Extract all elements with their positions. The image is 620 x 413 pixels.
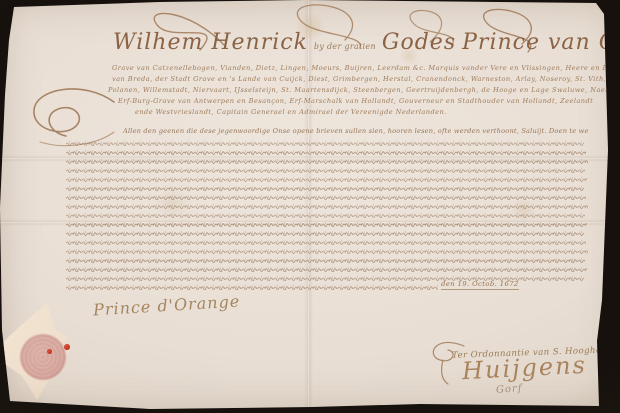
manuscript-text-line [66,140,584,146]
signature-prince-of-orange: Prince d'Orange [93,292,241,320]
photograph-backdrop: Wilhem Henrick by der gratien Godes Prin… [0,0,620,413]
titulature-line: van Breda, der Stadt Grave en 's Lande v… [112,75,620,83]
signature-secretary-huijgens: Huijgens [461,351,587,385]
charter-heading: Wilhem Henrick by der gratien Godes Prin… [113,30,565,55]
heading-princely-title: Prince van Orange ende Nassau. [462,30,620,55]
red-wax-dot [47,349,52,354]
heading-god-word: Godes [382,30,456,55]
manuscript-text-line [66,284,438,290]
manuscript-text-line [66,221,587,227]
manuscript-text-line [66,176,587,182]
manuscript-text-line [66,266,587,272]
seal-impression [20,334,66,380]
manuscript-text-line [66,212,585,218]
titulature-line: ende Westvrieslandt, Capitain Generael e… [135,108,447,116]
closing-date: den 19. Octob. 1672 [441,280,519,290]
manuscript-text-line [66,239,586,245]
parchment-sheet: Wilhem Henrick by der gratien Godes Prin… [0,0,620,413]
manuscript-text-line [66,203,588,209]
body-opening-line: Allen den geenen die dese jegenwoordige … [123,127,589,135]
titulature-line: Erf-Burg-Grave van Antwerpen en Besançon… [118,97,593,105]
papered-wax-seal [0,298,94,413]
manuscript-text-line [66,230,584,236]
manuscript-text-line [66,257,585,263]
heading-name: Wilhem Henrick [113,30,308,55]
manuscript-text-line [66,158,588,164]
registrar-mark: Gorf [496,383,523,396]
titulature-line: Polanen, Willemstadt, Niervaart, IJssels… [108,86,620,94]
heading-grace-phrase: by der gratien [314,42,376,51]
manuscript-text-line [66,149,586,155]
manuscript-text-line [66,185,584,191]
titulature-line: Grave van Catzenellebogen, Vianden, Diet… [112,64,620,72]
manuscript-text-line [66,248,588,254]
manuscript-text-line [66,194,586,200]
red-wax-dot [64,344,70,350]
manuscript-text-line [66,167,585,173]
